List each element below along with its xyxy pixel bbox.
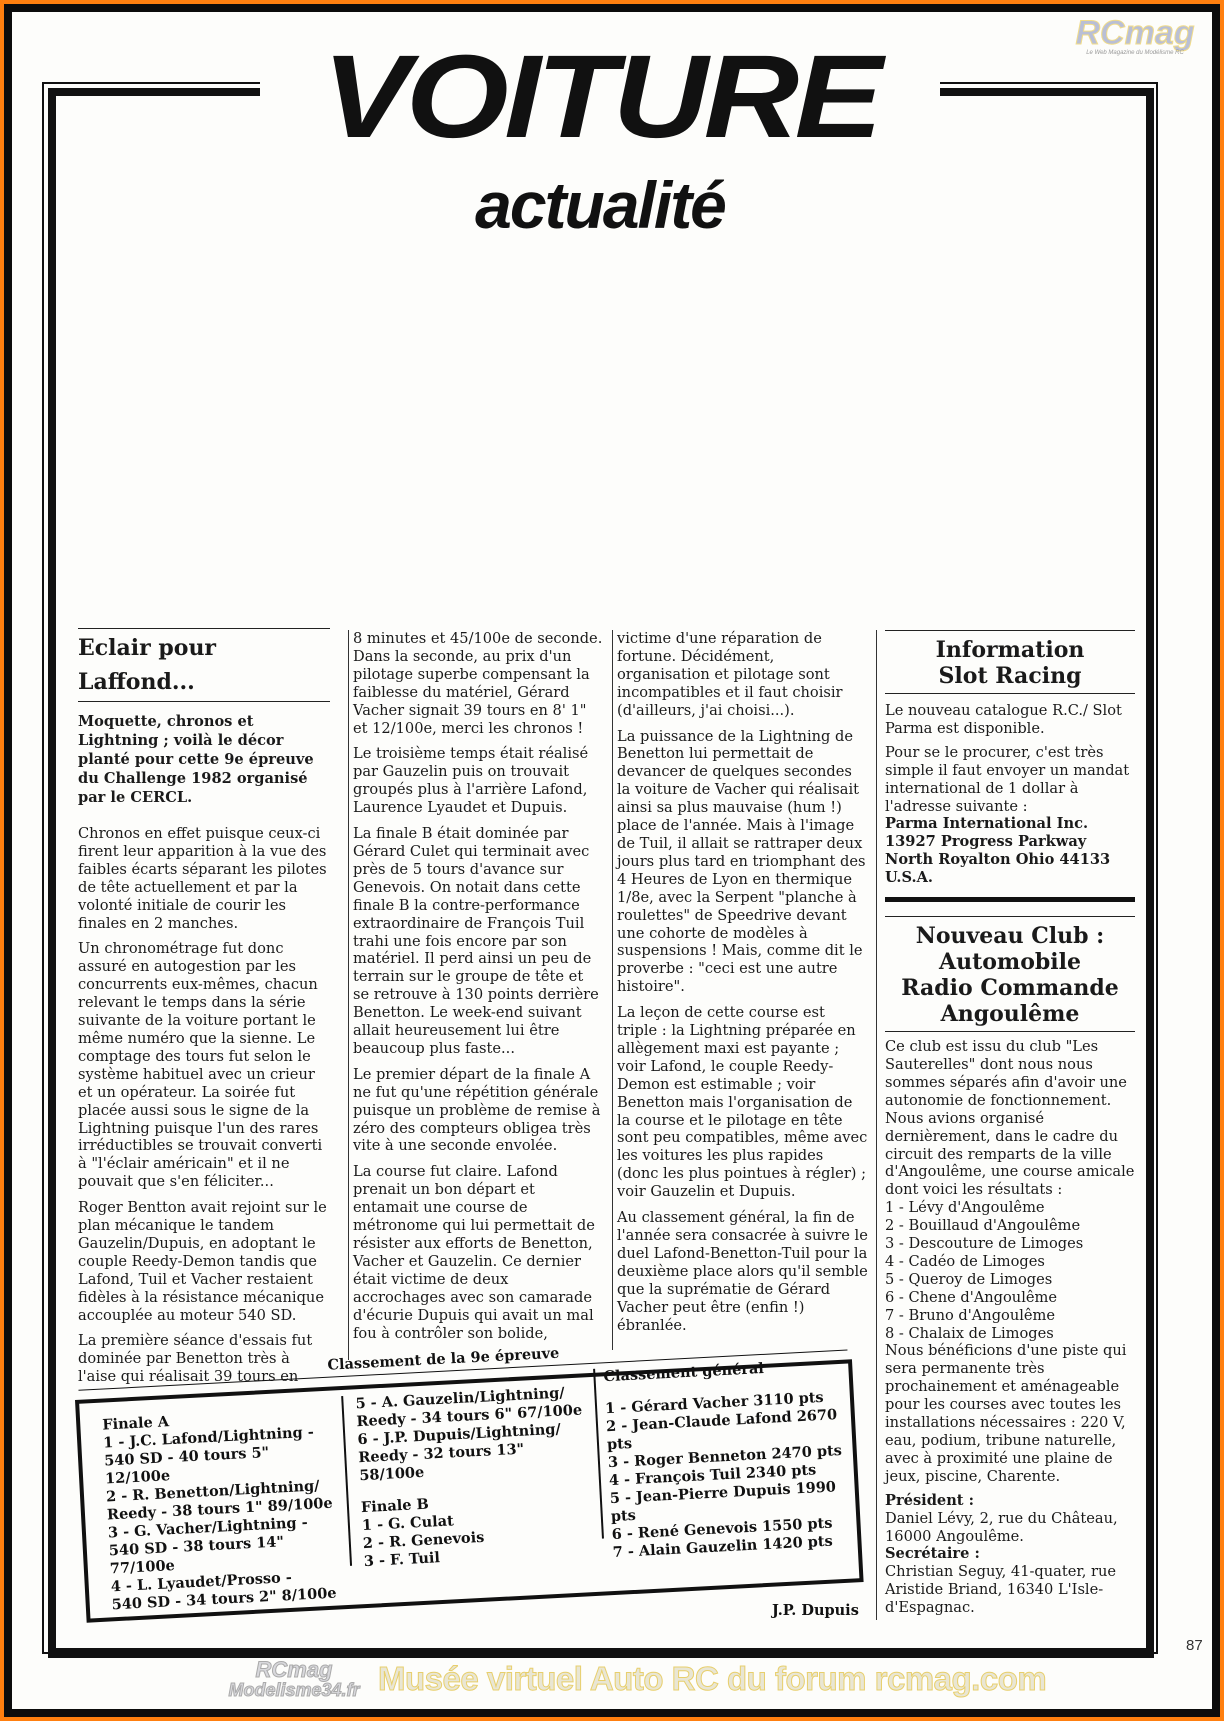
slot-paragraph: Pour se le procurer, c'est très simple i…: [885, 744, 1135, 816]
address-line: 13927 Progress Parkway: [885, 833, 1135, 851]
slot-title-line-2: Slot Racing: [885, 663, 1135, 689]
article-lede: Moquette, chronos et Lightning ; voilà l…: [78, 712, 330, 807]
address-line: North Royalton Ohio 44133: [885, 851, 1135, 869]
paragraph: Le troisième temps était réalisé par Gau…: [353, 745, 603, 817]
paragraph: Au classement général, la fin de l'année…: [617, 1209, 869, 1334]
club-result-item: 1 - Lévy d'Angoulême: [885, 1199, 1135, 1217]
results-box: Classement de la 9e épreuve Finale A 1 -…: [75, 1359, 864, 1622]
footer-watermark: Musée virtuel Auto RC du forum rcmag.com: [378, 1660, 1046, 1698]
club-result-item: 7 - Bruno d'Angoulême: [885, 1307, 1135, 1325]
president-info: Daniel Lévy, 2, rue du Château, 16000 An…: [885, 1510, 1135, 1546]
page-subtitle: actualité: [300, 170, 900, 240]
secretary-label: Secrétaire :: [885, 1545, 1135, 1563]
address-line: U.S.A.: [885, 869, 1135, 887]
slot-racing-title: Information Slot Racing: [885, 631, 1135, 693]
page-title-wrap: VOITURE: [260, 42, 940, 152]
page-title: VOITURE: [322, 42, 878, 152]
thick-divider: [885, 897, 1135, 902]
paragraph: victime d'une réparation de fortune. Déc…: [617, 630, 869, 720]
address-line: Parma International Inc.: [885, 815, 1135, 833]
club-result-item: 6 - Chene d'Angoulême: [885, 1289, 1135, 1307]
article-headline: Eclair pour Laffond...: [78, 629, 330, 701]
club-title-line: Nouveau Club :: [885, 923, 1135, 949]
club-title-line: Radio Commande: [885, 975, 1135, 1001]
paragraph: Le premier départ de la finale A ne fut …: [353, 1066, 603, 1156]
paragraph: Roger Bentton avait rejoint sur le plan …: [78, 1199, 330, 1324]
rcmag-logo: RCmag Le Web Magazine du Modélisme RC: [1060, 16, 1210, 62]
page-number: 87: [1186, 1637, 1203, 1654]
paragraph: Chronos en effet puisque ceux-ci firent …: [78, 825, 330, 932]
secretary-info: Christian Seguy, 41-quater, rue Aristide…: [885, 1563, 1135, 1617]
divider: [885, 693, 1135, 694]
paragraph: La puissance de la Lightning de Benetton…: [617, 728, 869, 997]
article-column-3: victime d'une réparation de fortune. Déc…: [612, 630, 869, 1350]
article-column-2: 8 minutes et 45/100e de seconde. Dans la…: [348, 630, 603, 1360]
footer-logo-line-1: RCmag: [214, 1660, 374, 1680]
slot-title-line-1: Information: [885, 637, 1135, 663]
president-label: Président :: [885, 1492, 1135, 1510]
club-result-item: 8 - Chalaix de Limoges: [885, 1325, 1135, 1343]
slot-address: Parma International Inc. 13927 Progress …: [885, 815, 1135, 887]
paragraph: Un chronométrage fut donc assuré en auto…: [78, 940, 330, 1191]
footer-logo: RCmag Modelisme34.fr: [214, 1660, 374, 1700]
club-result-item: 5 - Queroy de Limoges: [885, 1271, 1135, 1289]
paragraph: 8 minutes et 45/100e de seconde. Dans la…: [353, 630, 603, 737]
club-title: Nouveau Club : Automobile Radio Commande…: [885, 917, 1135, 1031]
article-column-1: Eclair pour Laffond... Moquette, chronos…: [78, 628, 330, 1394]
slot-paragraph: Le nouveau catalogue R.C./ Slot Parma es…: [885, 702, 1135, 738]
club-result-item: 2 - Bouillaud d'Angoulême: [885, 1217, 1135, 1235]
general-ranking-column: Classement général 1 - Gérard Vacher 311…: [593, 1355, 862, 1538]
footer-logo-line-2: Modelisme34.fr: [214, 1680, 374, 1700]
club-result-item: 4 - Cadéo de Limoges: [885, 1253, 1135, 1271]
club-title-line: Automobile: [885, 949, 1135, 975]
paragraph: La course fut claire. Lafond prenait un …: [353, 1163, 603, 1342]
club-results-list: 1 - Lévy d'Angoulême 2 - Bouillaud d'Ang…: [885, 1199, 1135, 1342]
divider: [885, 1031, 1135, 1032]
finale-a-b-column: 5 - A. Gauzelin/Lightning/ Reedy - 34 to…: [341, 1383, 594, 1566]
article-author: J.P. Dupuis: [772, 1602, 859, 1619]
club-result-item: 3 - Descouture de Limoges: [885, 1235, 1135, 1253]
rcmag-logo-text: RCmag: [1060, 16, 1210, 50]
divider: [78, 701, 330, 702]
paragraph: La leçon de cette course est triple : la…: [617, 1004, 869, 1201]
sidebar-column: Information Slot Racing Le nouveau catal…: [876, 630, 1135, 1620]
club-title-line: Angoulême: [885, 1001, 1135, 1027]
finale-a-column: Finale A 1 - J.C. Lafond/Lightning - 540…: [102, 1405, 342, 1615]
club-track: Nous bénéficions d'une piste qui sera pe…: [885, 1342, 1135, 1485]
paragraph: La finale B était dominée par Gérard Cul…: [353, 825, 603, 1058]
club-intro: Ce club est issu du club "Les Sauterelle…: [885, 1038, 1135, 1199]
